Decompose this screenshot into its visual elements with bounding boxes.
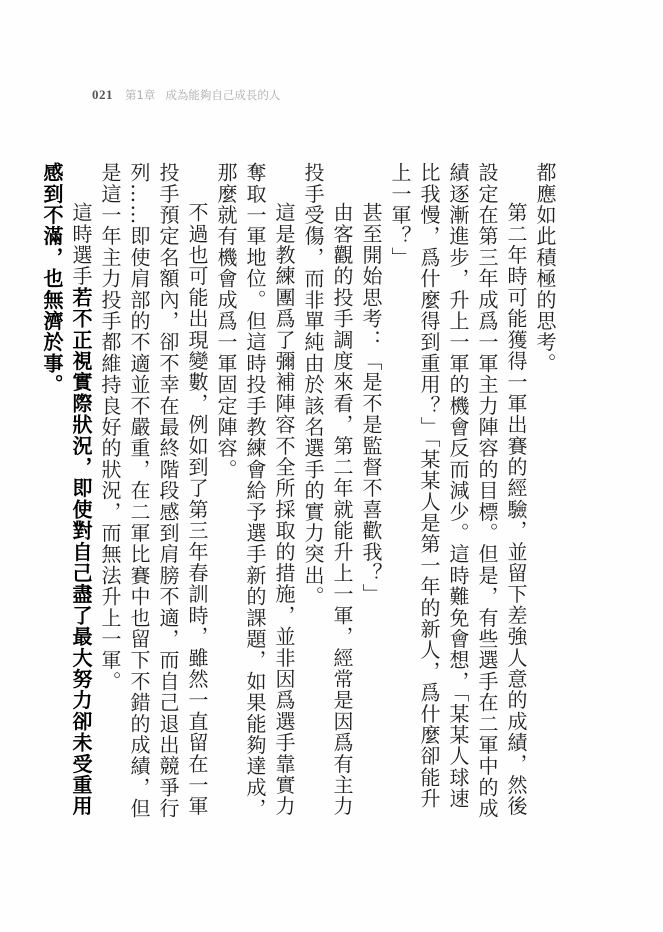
running-head: 021 第1章 成為能夠自己成長的人 [92,85,280,105]
paragraph-4: 由客觀的投手調度來看，第二年就能升上一軍，經常是因爲有主力投手受傷，而非單純由於… [298,162,356,827]
paragraph-text: 這時選手 [69,202,93,287]
paragraph-text: 第二年時可能獲得一軍出賽的經驗，並留下差強人意的成績，然後設定在第三年成爲一軍主… [388,162,528,819]
chapter-label: 第1章 [125,87,155,103]
paragraph-5: 這是教練團爲了彌補陣容不全所採取的措施，並非因爲選手靠實力奪取一軍地位。但這時投… [211,162,298,827]
paragraph-text: 甚至開始思考：「是不是監督不喜歡我？」 [359,202,383,605]
paragraph-6: 不過也可能出現變數，例如到了第三年春訓時，雖然一直留在一軍投手預定名額內，卻不幸… [95,162,211,827]
book-page: 021 第1章 成為能夠自己成長的人 都應如此積極的思考。 第二年時可能獲得一軍… [0,0,663,932]
paragraph-text: 不過也可能出現變數，例如到了第三年春訓時，雖然一直留在一軍投手預定名額內，卻不幸… [98,162,209,819]
paragraph-3: 甚至開始思考：「是不是監督不喜歡我？」 [356,162,385,827]
paragraph-7: 這時選手若不正視實際狀況，即使對自己盡了最大努力卻未受重用感到不滿，也無濟於事。 [37,162,95,827]
paragraph-text: 都應如此積極的思考。 [533,162,557,374]
paragraph-text: 由客觀的投手調度來看，第二年就能升上一軍，經常是因爲有主力投手受傷，而非單純由於… [301,162,354,817]
paragraph-2: 第二年時可能獲得一軍出賽的經驗，並留下差強人意的成績，然後設定在第三年成爲一軍主… [385,162,530,827]
paragraph-text: 這是教練團爲了彌補陣容不全所採取的措施，並非因爲選手靠實力奪取一軍地位。但這時投… [214,162,296,819]
paragraph-1: 都應如此積極的思考。 [530,162,559,827]
vertical-body-text: 都應如此積極的思考。 第二年時可能獲得一軍出賽的經驗，並留下差強人意的成績，然後… [37,162,559,827]
chapter-title: 成為能夠自己成長的人 [165,87,280,103]
page-number: 021 [92,87,113,103]
